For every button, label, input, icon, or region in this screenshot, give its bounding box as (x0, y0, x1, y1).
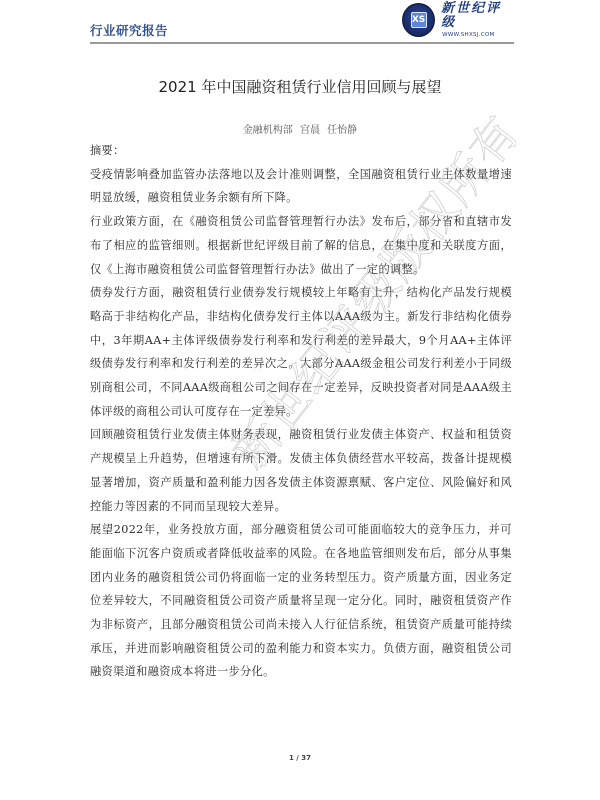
abstract-paragraph-overview: 受疫情影响叠加监管办法落地以及会计准则调整，全国融资租赁行业主体数量增速明显放缓… (90, 163, 512, 210)
abstract-paragraph-outlook: 展望2022年，业务投放方面，部分融资租赁公司可能面临较大的竞争压力，并可能面临… (90, 518, 512, 684)
badge-glyph: XS (411, 12, 427, 28)
logo-url: WWW.SHXSJ.COM (442, 32, 514, 38)
page-number: 1 / 37 (0, 754, 600, 762)
company-logo: XS 新世纪评级 WWW.SHXSJ.COM (402, 2, 514, 38)
header-divider (90, 42, 514, 44)
document-authors: 金融机构部 宫晨 任怡静 (0, 121, 600, 136)
abstract-paragraph-financial-review: 回顾融资租赁行业发债主体财务表现，融资租赁行业发债主体资产、权益和租赁资产规模呈… (90, 423, 512, 518)
shxsj-badge-icon: XS (402, 3, 435, 37)
logo-text: 新世纪评级 WWW.SHXSJ.COM (441, 2, 514, 38)
page-header: 行业研究报告 XS 新世纪评级 WWW.SHXSJ.COM (90, 0, 514, 44)
document-title: 2021 年中国融资租赁行业信用回顾与展望 (0, 76, 600, 97)
logo-company-name: 新世纪评级 (441, 2, 514, 30)
abstract-section: 摘要： 受疫情影响叠加监管办法落地以及会计准则调整，全国融资租赁行业主体数量增速… (90, 139, 512, 684)
abstract-label: 摘要： (90, 139, 512, 163)
abstract-paragraph-bond-issuance: 债券发行方面，融资租赁行业债券发行规模较上年略有上升，结构化产品发行规模略高于非… (90, 281, 512, 423)
abstract-paragraph-policy: 行业政策方面，在《融资租赁公司监督管理暂行办法》发布后，部分省和直辖市发布了相应… (90, 210, 512, 281)
report-type-label: 行业研究报告 (90, 21, 168, 39)
